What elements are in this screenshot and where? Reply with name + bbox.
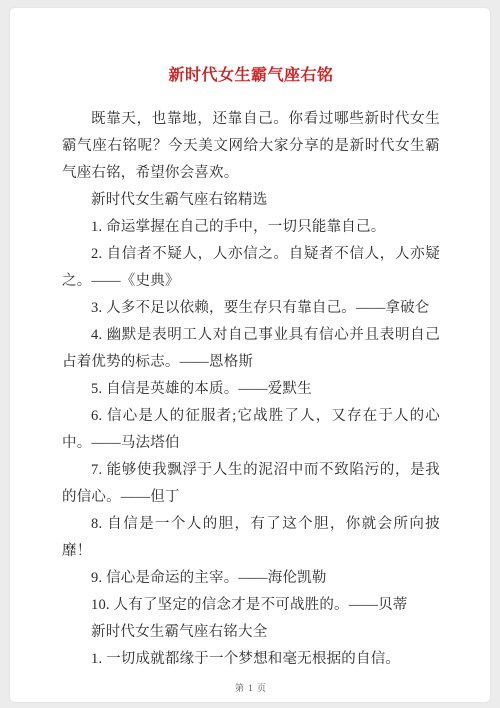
intro-paragraph: 既靠天，也靠地，还靠自己。你看过哪些新时代女生霸气座右铭呢？今天美文网给大家分享… <box>62 106 440 187</box>
page-number: 第 1 页 <box>62 681 440 695</box>
page-background: 新时代女生霸气座右铭 既靠天，也靠地，还靠自己。你看过哪些新时代女生霸气座右铭呢… <box>0 0 500 708</box>
quote-item: 2. 自信者不疑人，人亦信之。自疑者不信人，人亦疑之。——《史典》 <box>62 241 440 295</box>
quote-item: 9. 信心是命运的主宰。——海伦凯勒 <box>62 565 440 592</box>
section-heading: 新时代女生霸气座右铭大全 <box>62 619 440 646</box>
quote-item: 1. 命运掌握在自己的手中，一切只能靠自己。 <box>62 214 440 241</box>
quote-item: 1. 一切成就都缘于一个梦想和毫无根据的自信。 <box>62 646 440 673</box>
quote-item: 7. 能够使我飘浮于人生的泥沼中而不致陷污的，是我的信心。——但丁 <box>62 457 440 511</box>
quote-item: 6. 信心是人的征服者;它战胜了人，又存在于人的心中。——马法塔伯 <box>62 403 440 457</box>
quote-item: 5. 自信是英雄的本质。——爱默生 <box>62 376 440 403</box>
quote-item: 10. 人有了坚定的信念才是不可战胜的。——贝蒂 <box>62 592 440 619</box>
quote-item: 3. 人多不足以依赖，要生存只有靠自己。——拿破仑 <box>62 295 440 322</box>
sections-container: 新时代女生霸气座右铭精选1. 命运掌握在自己的手中，一切只能靠自己。2. 自信者… <box>62 187 440 673</box>
quote-item: 8. 自信是一个人的胆，有了这个胆，你就会所向披靡！ <box>62 511 440 565</box>
section-heading: 新时代女生霸气座右铭精选 <box>62 187 440 214</box>
document-content: 新时代女生霸气座右铭 既靠天，也靠地，还靠自己。你看过哪些新时代女生霸气座右铭呢… <box>10 8 490 695</box>
document-page: 新时代女生霸气座右铭 既靠天，也靠地，还靠自己。你看过哪些新时代女生霸气座右铭呢… <box>10 8 490 702</box>
quote-item: 4. 幽默是表明工人对自己事业具有信心并且表明自己占着优势的标志。——恩格斯 <box>62 322 440 376</box>
document-title: 新时代女生霸气座右铭 <box>62 64 440 88</box>
